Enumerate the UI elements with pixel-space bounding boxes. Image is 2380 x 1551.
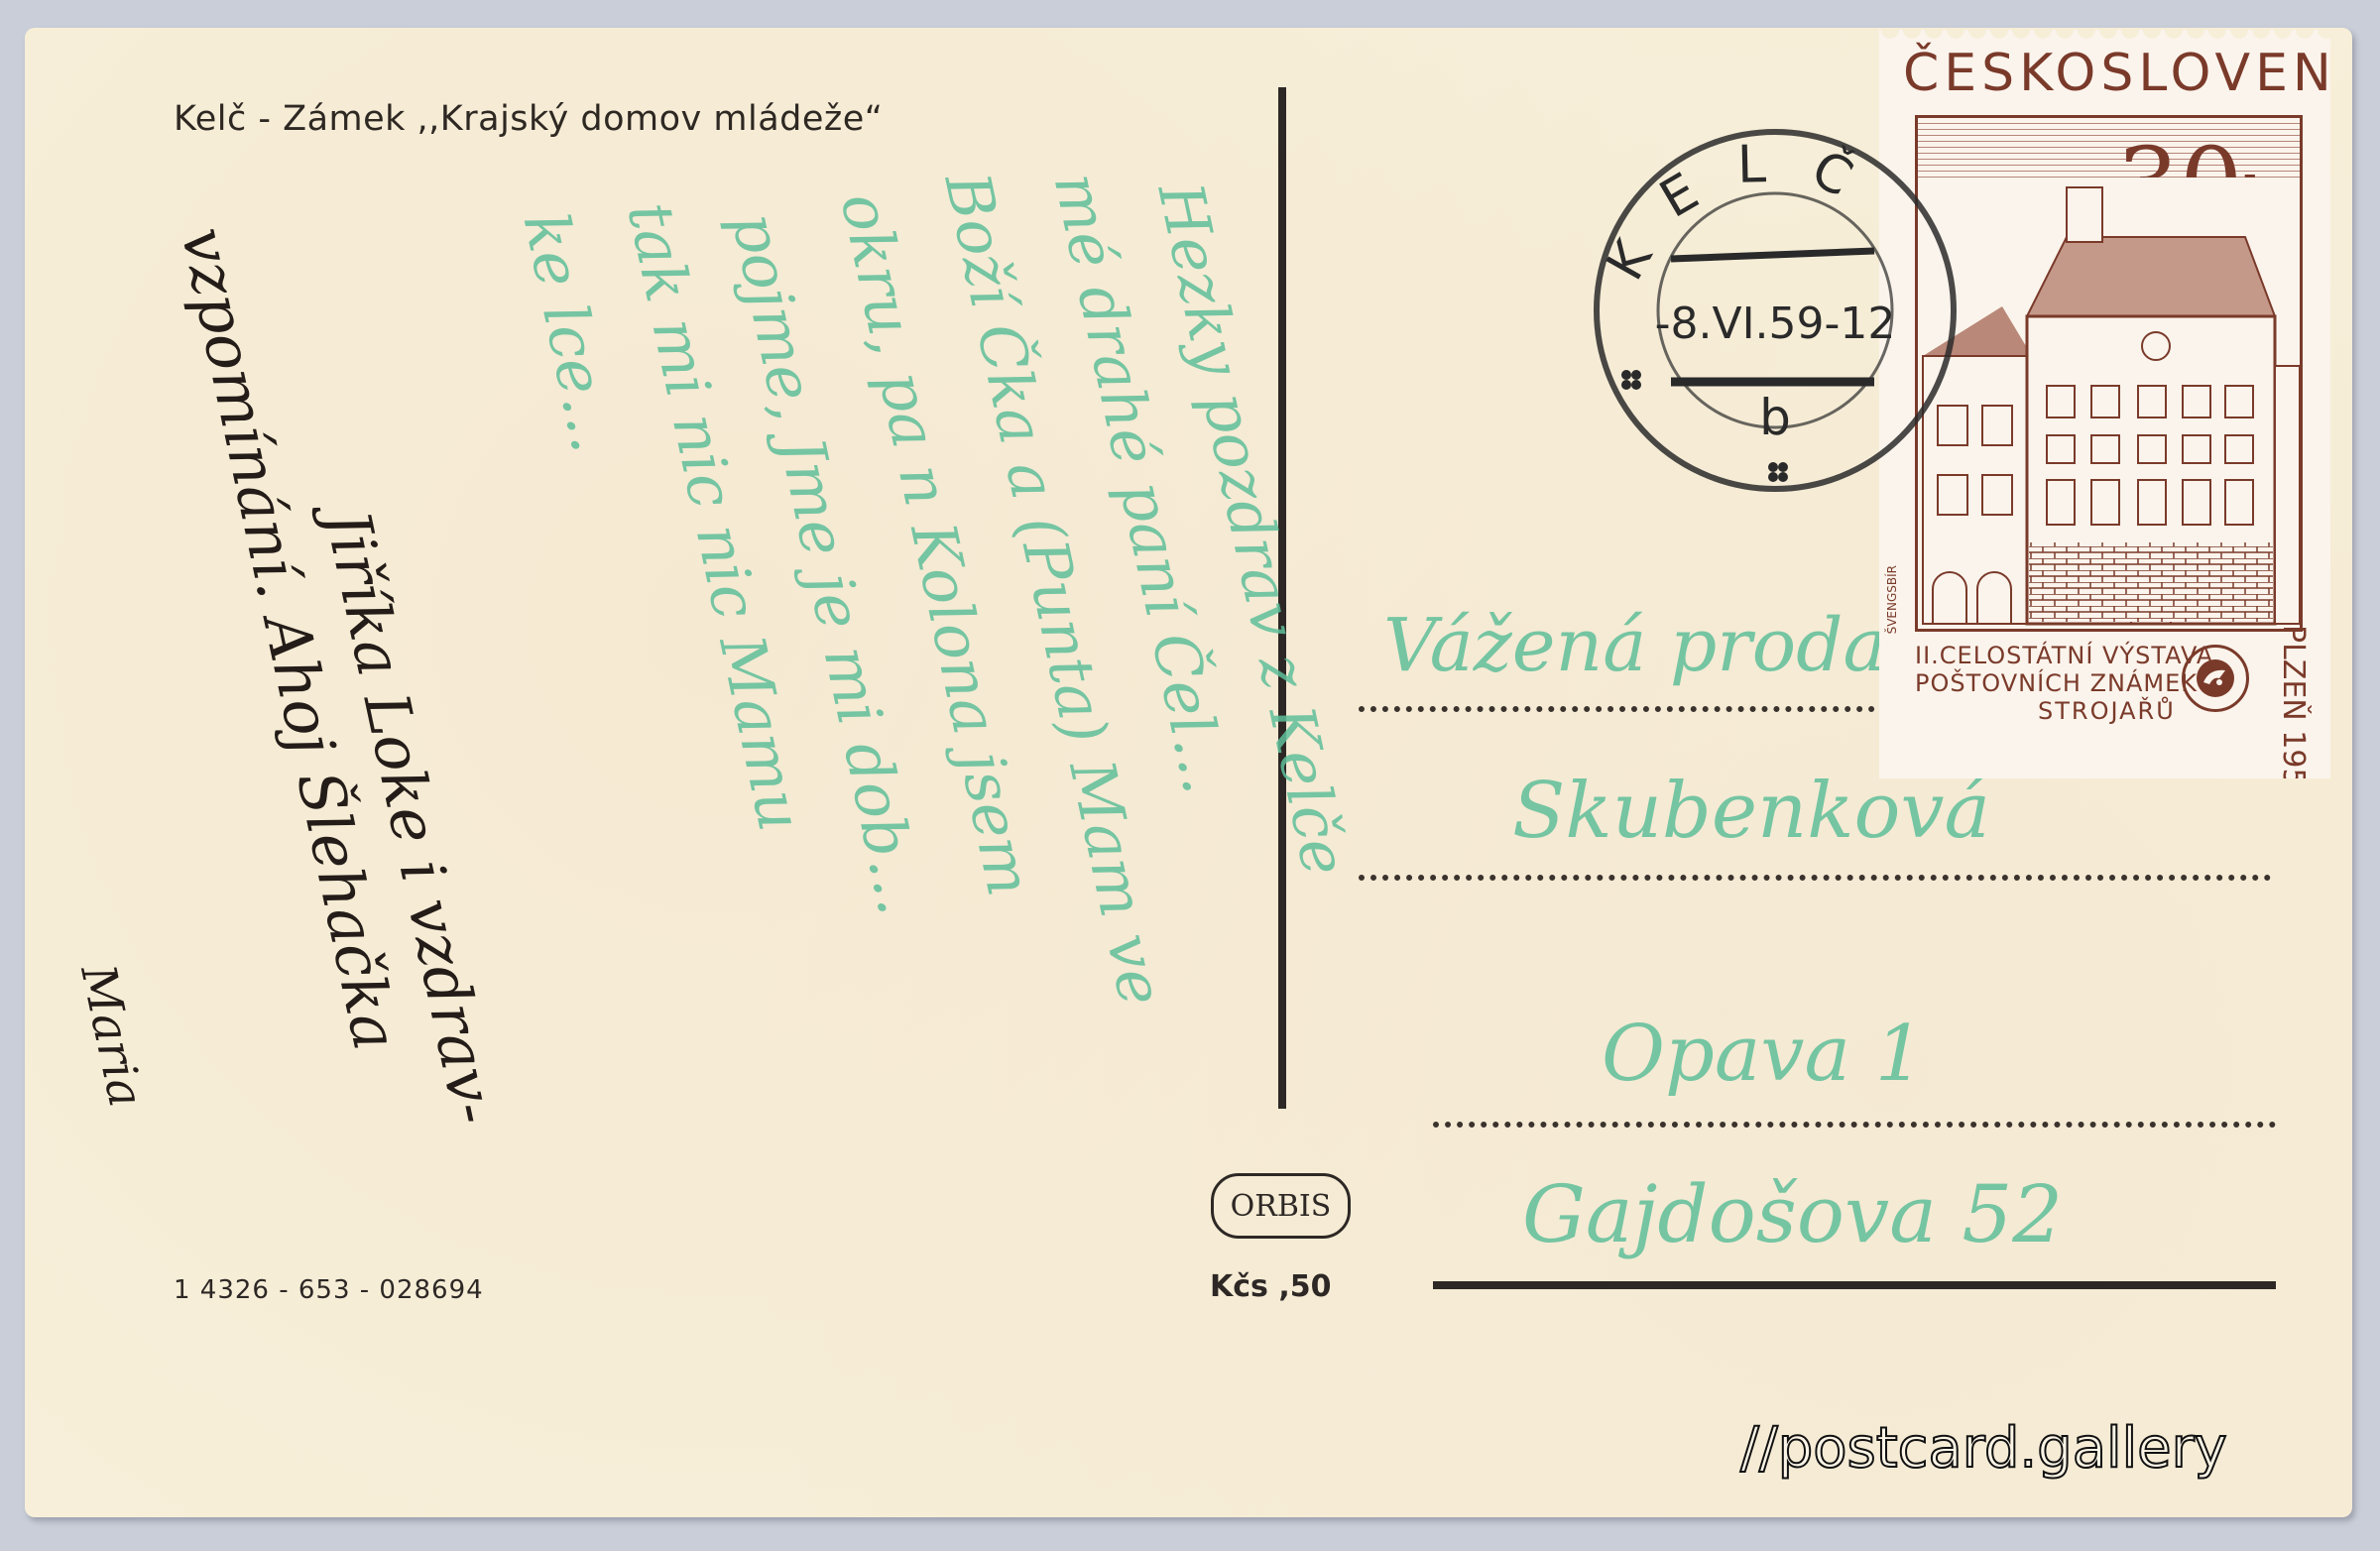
town-hall-icon [1918, 178, 2300, 629]
stamp-illustration: 30h [1915, 115, 2303, 632]
signature-line: Maria [69, 960, 154, 1112]
postcard: Kelč - Zámek ,,Krajský domov mládeže“ OR… [25, 28, 2352, 1517]
address-line-4 [1433, 1281, 2276, 1289]
price-label: Kčs ,50 [1210, 1269, 1331, 1304]
postmark-letter: b [1759, 389, 1791, 446]
stamp-caption-3: STROJAŘŮ [2038, 697, 2176, 725]
postcard-title: Kelč - Zámek ,,Krajský domov mládeže“ [174, 99, 883, 139]
stamp-caption-1: II.CELOSTÁTNÍ VÝSTAVA [1915, 642, 2213, 669]
postmark-date: -8.VI.59-12 [1655, 298, 1896, 349]
print-number: 1 4326 - 653 - 028694 [174, 1275, 484, 1305]
address-street: Gajdošova 52 [1522, 1168, 2063, 1260]
postage-stamp: ČESKOSLOVENSKO 30h [1879, 30, 2330, 778]
postmark-town: KELČ [1596, 134, 1897, 290]
address-city: Opava 1 [1602, 1010, 1924, 1099]
stamp-engraver: ŠVENGSBÍR [1885, 565, 1899, 634]
skoda-logo-icon [2182, 645, 2249, 712]
address-line-2 [1359, 875, 2271, 881]
stamp-country: ČESKOSLOVENSKO [1903, 44, 2352, 103]
message-line: ke lce... [510, 206, 631, 458]
postmark-ornament-icon [1621, 370, 1788, 482]
stamp-side-text: PLZEŇ 1959 [2271, 625, 2311, 754]
address-line-3 [1433, 1122, 2276, 1128]
orbis-logo: ORBIS [1211, 1173, 1351, 1239]
stamp-caption-2: POŠTOVNÍCH ZNÁMEK [1915, 669, 2198, 697]
watermark: //postcard.gallery [1740, 1416, 2227, 1481]
svg-text:KELČ: KELČ [1596, 134, 1897, 290]
address-recipient-name: Skubenková [1512, 767, 1990, 856]
